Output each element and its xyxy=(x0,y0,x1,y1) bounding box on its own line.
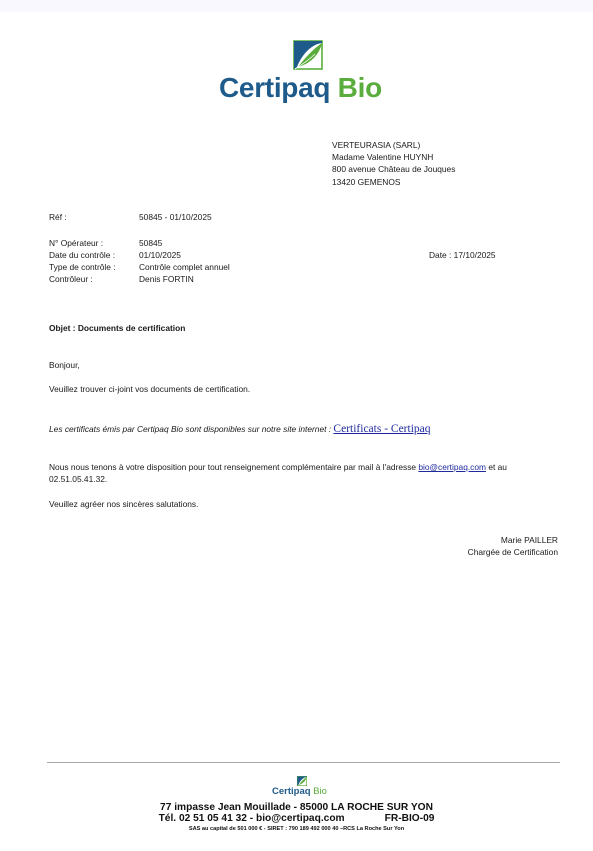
control-type-value: Contrôle complet annuel xyxy=(139,261,230,273)
footer-logo: Certipaq Bio xyxy=(272,776,336,802)
contact-phone: 02.51.05.41.32. xyxy=(49,473,107,485)
certificates-paragraph: Les certificats émis par Certipaq Bio so… xyxy=(49,423,431,435)
control-type-label: Type de contrôle : xyxy=(49,261,116,273)
logo-wordmark: Certipaq Bio xyxy=(219,71,382,105)
logo-brand-secondary: Bio xyxy=(338,72,382,103)
greeting: Bonjour, xyxy=(49,359,80,371)
contact-paragraph: Nous nous tenons à votre disposition pou… xyxy=(49,461,507,473)
ref-label: Réf : xyxy=(49,211,67,223)
ref-value: 50845 - 01/10/2025 xyxy=(139,211,212,223)
intro-paragraph: Veuillez trouver ci-joint vos documents … xyxy=(49,383,250,395)
letter-date: Date : 17/10/2025 xyxy=(429,249,496,261)
certipaq-leaf-logo-icon xyxy=(293,40,323,70)
signatory-name: Marie PAILLER xyxy=(501,534,558,546)
control-date-value: 01/10/2025 xyxy=(139,249,181,261)
footer-logo-wordmark: Certipaq Bio xyxy=(272,786,327,798)
top-bar xyxy=(0,0,593,12)
controller-label: Contrôleur : xyxy=(49,273,93,285)
certipaq-leaf-logo-icon xyxy=(297,776,307,786)
footer-legal: SAS au capital de 501 000 € - SIRET : 79… xyxy=(0,825,593,833)
certificates-text: Les certificats émis par Certipaq Bio so… xyxy=(49,424,333,434)
control-date-label: Date du contrôle : xyxy=(49,249,115,261)
recipient-address: VERTEURASIA (SARL) Madame Valentine HUYN… xyxy=(332,139,455,188)
footer-contact: Tél. 02 51 05 41 32 - bio@certipaq.com xyxy=(159,813,345,824)
recipient-line: 13420 GEMENOS xyxy=(332,176,455,188)
footer-logo-primary: Certipaq xyxy=(272,786,311,797)
certificates-link[interactable]: Certificats - Certipaq xyxy=(333,423,430,435)
contact-email-link[interactable]: bio@certipaq.com xyxy=(418,462,486,472)
operator-value: 50845 xyxy=(139,237,162,249)
operator-label: N° Opérateur : xyxy=(49,237,103,249)
closing-salutation: Veuillez agréer nos sincères salutations… xyxy=(49,498,198,510)
recipient-line: VERTEURASIA (SARL) xyxy=(332,139,455,151)
footer-divider xyxy=(47,762,560,763)
signatory-title: Chargée de Certification xyxy=(468,546,558,558)
footer-logo-secondary: Bio xyxy=(313,786,327,797)
recipient-line: Madame Valentine HUYNH xyxy=(332,151,455,163)
logo-brand-primary: Certipaq xyxy=(219,72,330,103)
contact-text: Nous nous tenons à votre disposition pou… xyxy=(49,462,418,472)
company-logo: Certipaq Bio xyxy=(219,40,389,106)
letter-subject: Objet : Documents de certification xyxy=(49,322,185,334)
footer-contact-line: Tél. 02 51 05 41 32 - bio@certipaq.comFR… xyxy=(0,813,593,825)
controller-value: Denis FORTIN xyxy=(139,273,194,285)
recipient-line: 800 avenue Château de Jouques xyxy=(332,163,455,175)
contact-text-after: et au xyxy=(486,462,507,472)
footer-doc-code: FR-BIO-09 xyxy=(385,813,435,824)
